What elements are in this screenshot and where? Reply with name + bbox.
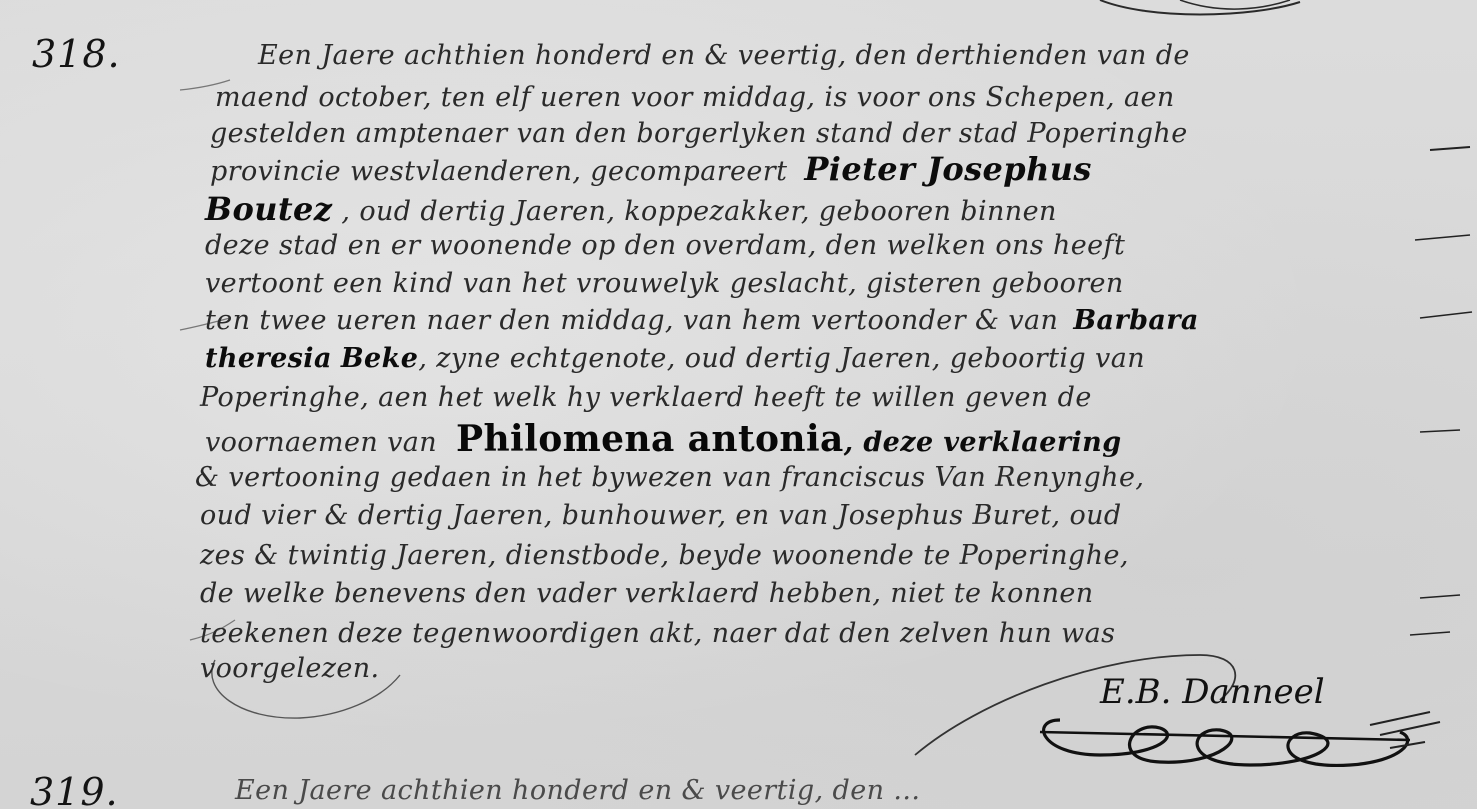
entry-line-8: ten twee ueren naer den middag, van hem … xyxy=(205,305,1199,336)
line-9-rest: , zyne echtgenote, oud dertig Jaeren, ge… xyxy=(418,343,1145,374)
father-given-name: Pieter Josephus xyxy=(804,150,1092,188)
entry-line-12: & vertooning gedaen in het bywezen van f… xyxy=(195,462,1144,493)
entry-319-line-1: Een Jaere achthien honderd en & veertig,… xyxy=(235,775,920,806)
entry-line-10: Poperinghe, aen het welk hy verklaerd he… xyxy=(200,382,1092,413)
father-surname: Boutez xyxy=(205,190,332,228)
entry-line-5: Boutez Boutez, oud dertig Jaeren, koppez… xyxy=(205,190,1057,228)
entry-line-9: theresia Beke, zyne echtgenote, oud dert… xyxy=(205,343,1145,374)
line-8-text: ten twee ueren naer den middag, van hem … xyxy=(205,305,1058,336)
registrar-signature: E.B. Danneel xyxy=(1100,672,1325,712)
entry-line-11: voornaemen van Philomena antonia, deze v… xyxy=(205,418,1121,460)
line-11-text: voornaemen van xyxy=(205,427,437,458)
entry-line-3: gestelden amptenaer van den borgerlyken … xyxy=(210,118,1188,149)
line-11-rest: , deze verklaering xyxy=(844,427,1122,458)
line-4-text: provincie westvlaenderen, gecompareert xyxy=(210,156,787,187)
entry-line-1: Een Jaere achthien honderd en & veertig,… xyxy=(258,40,1190,71)
entry-line-2: maend october, ten elf ueren voor middag… xyxy=(215,82,1175,113)
entry-line-15: de welke benevens den vader verklaerd he… xyxy=(200,578,1094,609)
entry-line-4: provincie westvlaenderen, gecompareert P… xyxy=(210,150,1092,188)
mother-surname: Beke xyxy=(341,343,419,374)
mother-given-second: theresia xyxy=(205,343,332,374)
line-5-rest: , oud dertig Jaeren, koppezakker, geboor… xyxy=(341,196,1056,227)
mother-given-first: Barbara xyxy=(1073,305,1198,336)
child-given-names: Philomena antonia xyxy=(456,418,844,460)
entry-line-14: zes & twintig Jaeren, dienstbode, beyde … xyxy=(200,540,1129,571)
entry-line-6: deze stad en er woonende op den overdam,… xyxy=(205,230,1125,261)
register-page: 318. Een Jaere achthien honderd en & vee… xyxy=(0,0,1477,809)
entry-number-319: 319. xyxy=(30,770,119,809)
entry-line-13: oud vier & dertig Jaeren, bunhouwer, en … xyxy=(200,500,1122,531)
entry-number-318: 318. xyxy=(32,32,121,76)
entry-line-17: voorgelezen. xyxy=(200,653,380,684)
entry-line-16: teekenen deze tegenwoordigen akt, naer d… xyxy=(200,618,1115,649)
entry-line-7: vertoont een kind van het vrouwelyk gesl… xyxy=(205,268,1124,299)
